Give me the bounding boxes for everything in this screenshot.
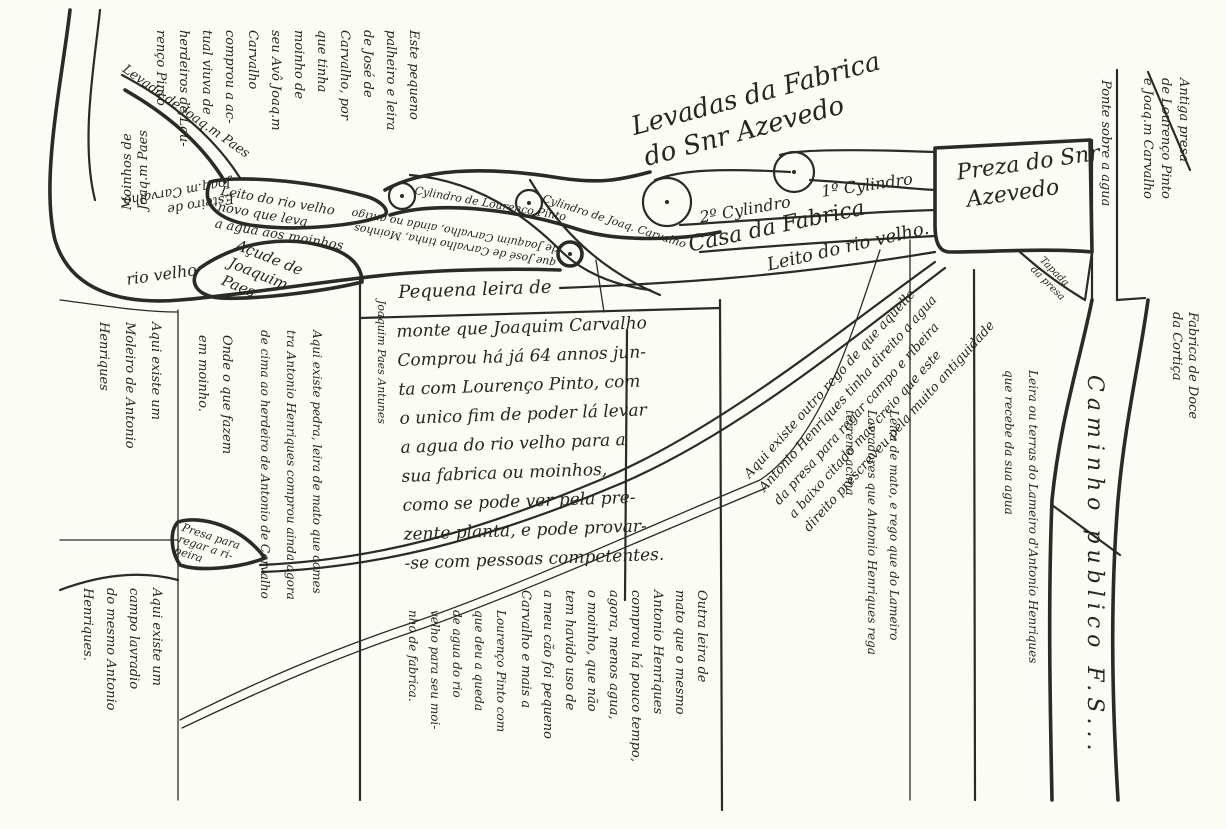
aqui-left-line: Aqui existe pedra, leira de mato que com…	[304, 330, 330, 600]
cylinder-dot	[568, 252, 572, 256]
outra-leira-2-line: de agua do rio	[446, 610, 468, 732]
fabrica-doce-line: da Cortiça	[1168, 312, 1184, 419]
campo-line: Henriques.	[76, 588, 99, 710]
campo-line: campo lavradio	[122, 588, 145, 710]
este-line: de José de	[356, 30, 379, 147]
este-line: moinho de	[287, 30, 310, 147]
cylinder-dot	[792, 170, 796, 174]
aqui-left-line: de cima ao herdeiro de Antonio de Carval…	[252, 330, 278, 600]
manuscript-map-sheet: Levadas da Fabrica do Snr Azevedo Preza …	[0, 0, 1226, 829]
onde-line: em moinho.	[190, 335, 214, 454]
este-line: Carvalho	[241, 30, 264, 147]
leira-right-boundary	[720, 300, 722, 810]
este-pequeno-note: Este pequeno palheiro e leira de José de…	[149, 30, 425, 147]
este-line: comprou a ac-	[218, 30, 241, 147]
antiga-presa-label: Antiga presa de Lourenço Pinto e Joaq.m …	[1138, 78, 1192, 199]
este-line: tual viuva de	[195, 30, 218, 147]
lavra-line: Lavradores que Antonio Henriques rega	[861, 410, 883, 655]
lavra-line: Leira de mato, e rego que do Lameiro	[883, 410, 905, 655]
fabrica-doce-line: Fabrica de Doce	[1184, 312, 1200, 419]
este-line: seu Avô Joaq.m	[264, 30, 287, 147]
outra-leira-line: o moinho, que não	[580, 590, 602, 762]
moinho-line: Henriques	[90, 322, 116, 449]
onde-line: Onde o que fazem	[214, 335, 238, 454]
outra-leira-2-line: velho para seu moi-	[424, 610, 446, 732]
este-line: Carvalho, por	[333, 30, 356, 147]
outra-leira-line: Outra leira de	[690, 590, 712, 762]
moinho-line: Aqui existe um	[142, 322, 168, 449]
rio-velho-left-margin	[89, 10, 100, 200]
outra-leira-line: mato que o mesmo	[668, 590, 690, 762]
outra-leira-line: tem havido uso de	[558, 590, 580, 762]
aqui-existe-campo-note: Aqui existe um campo lavradio do mesmo A…	[76, 588, 168, 710]
campo-line: do mesmo Antonio	[99, 588, 122, 710]
lavra-note: Leira de mato, e rego que do Lameiro Lav…	[839, 410, 905, 655]
leira-lameiro-note: Leira ou terras do Lameiro d'Antonio Hen…	[997, 370, 1045, 663]
lameiro-line: que recebe da sua agua	[997, 370, 1021, 663]
caminho-publico-right-edge	[1113, 300, 1148, 800]
este-line: que tinha	[310, 30, 333, 147]
outra-leira-line: Carvalho e mais a	[514, 590, 536, 762]
caminho-publico-label: Caminho publico F.S...	[1081, 375, 1109, 757]
fabrica-de-doce-label: Fabrica de Doce da Cortiça	[1168, 312, 1201, 419]
aqui-existe-moinho-note: Aqui existe um Moleiro de Antonio Henriq…	[90, 322, 168, 449]
margin-note-left-of-leira: Joaquim Paes Antunes	[374, 300, 388, 424]
pequena-leira-body: monte que Joaquim Carvalho Comprou há já…	[396, 309, 665, 579]
outra-leira-2-line: Lourenço Pinto com	[490, 610, 512, 732]
outra-leira-2-line: nho de fabrica.	[402, 610, 424, 732]
lavra-line: terreno acima	[839, 410, 861, 655]
este-line: palheiro e leira	[379, 30, 402, 147]
outra-leira-line: comprou há pouco tempo,	[624, 590, 646, 762]
outra-leira-note-2: Lourenço Pinto com que deu a queda de ag…	[402, 610, 512, 732]
lameiro-line: Leira ou terras do Lameiro d'Antonio Hen…	[1021, 370, 1045, 663]
este-line: Este pequeno	[402, 30, 425, 147]
campo-line: Aqui existe um	[145, 588, 168, 710]
antiga-presa-line: de Lourenço Pinto	[1156, 78, 1174, 199]
ponte-base	[1117, 298, 1145, 300]
onde-que-fazem-note: Onde o que fazem em moinho.	[190, 335, 238, 454]
antiga-presa-line: e Joaq.m Carvalho	[1138, 78, 1156, 199]
outra-leira-line: agora, menos agua,	[602, 590, 624, 762]
aqui-left-line: tra Antonio Henriques comprou ainda agor…	[278, 330, 304, 600]
cylinder-dot	[665, 200, 669, 204]
outra-leira-2-line: que deu a queda	[468, 610, 490, 732]
moinho-line: Moleiro de Antonio	[116, 322, 142, 449]
cylinder-dot	[400, 194, 404, 198]
antiga-presa-line: Antiga presa	[1174, 78, 1192, 199]
ponte-sobre-a-agua-label: Ponte sobre a agua	[1097, 80, 1113, 206]
aqui-existe-left-note: Aqui existe pedra, leira de mato que com…	[252, 330, 330, 600]
outra-leira-line: a meu cão foi pequeno	[536, 590, 558, 762]
outra-leira-line: Antonio Henriques	[646, 590, 668, 762]
outra-leira-note: Outra leira de mato que o mesmo Antonio …	[514, 590, 712, 762]
este-line: herdeiros de Lou-	[172, 30, 195, 147]
este-line: renço Pinto	[149, 30, 172, 147]
